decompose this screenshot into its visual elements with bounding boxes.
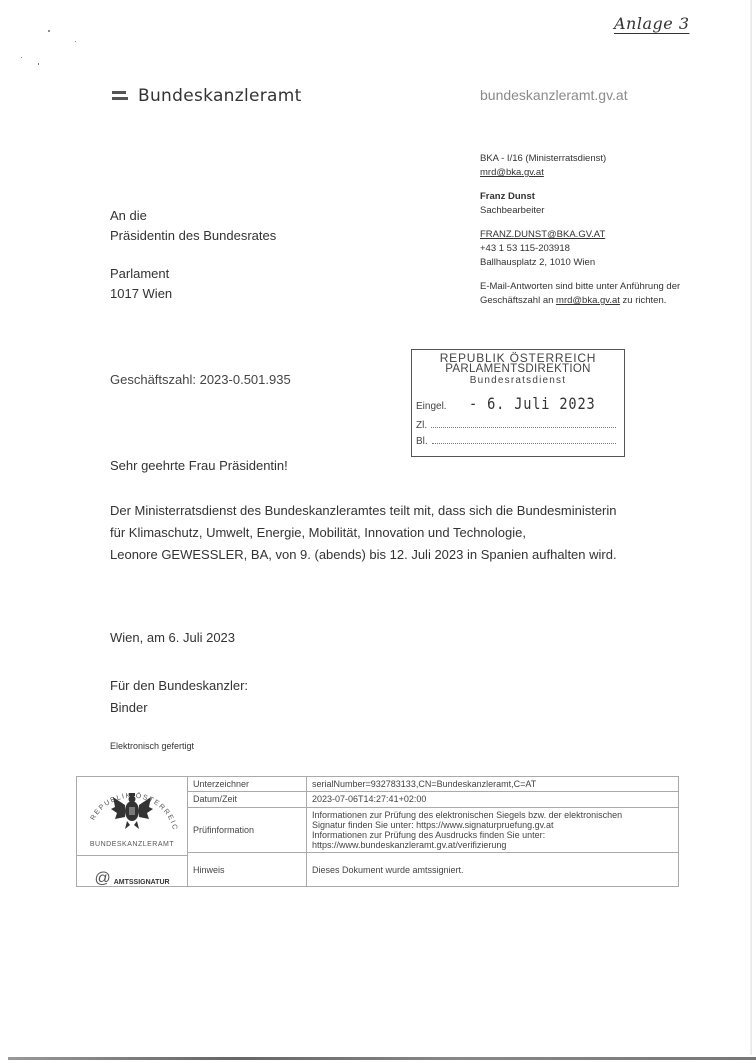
row-label: Unterzeichner <box>188 777 307 792</box>
place-date: Wien, am 6. Juli 2023 <box>110 630 235 645</box>
letter-body: Der Ministerratsdienst des Bundeskanzler… <box>110 500 670 566</box>
row-label: Hinweis <box>188 853 307 887</box>
stamp-department: Bundesratsdienst <box>412 375 624 386</box>
closing: Für den Bundeskanzler: <box>110 675 248 697</box>
stamp-bl-label: Bl. <box>416 436 428 447</box>
org-name: Bundeskanzleramt <box>138 86 302 106</box>
salutation: Sehr geehrte Frau Präsidentin! <box>110 458 288 473</box>
signature-block-text: Für den Bundeskanzler: Binder <box>110 675 248 719</box>
scan-speck <box>75 41 76 42</box>
recipient-line: An die <box>110 206 276 226</box>
row-value: Dieses Dokument wurde amtssigniert. <box>307 853 679 887</box>
row-label: Prüfinformation <box>188 807 307 853</box>
reply-email-link[interactable]: mrd@bka.gv.at <box>556 295 620 306</box>
sender-info: BKA - I/16 (Ministerratsdienst) mrd@bka.… <box>480 152 680 308</box>
scan-edge-bottom <box>8 1057 756 1060</box>
sender-phone: +43 1 53 115-203918 <box>480 242 680 256</box>
scan-speck <box>21 57 22 58</box>
austrian-eagle-icon: REPUBLIK ÖSTERREICH BUNDESKANZLERAMT <box>77 777 187 855</box>
website-url[interactable]: bundeskanzleramt.gv.at <box>480 87 628 103</box>
body-line: Leonore GEWESSLER, BA, von 9. (abends) b… <box>110 544 670 566</box>
verification-line[interactable]: Signatur finden Sie unter: https://www.s… <box>312 820 673 830</box>
seal-cell: REPUBLIK ÖSTERREICH BUNDESKANZLERAMT @ <box>77 777 188 887</box>
row-value: serialNumber=932783133,CN=Bundeskanzlera… <box>307 777 679 792</box>
reply-note-2: Geschäftszahl an mrd@bka.gv.at zu richte… <box>480 294 680 308</box>
row-label: Datum/Zeit <box>188 792 307 807</box>
stamp-received-date: - 6. Juli 2023 <box>469 394 596 413</box>
handwritten-annotation: Anlage 3 <box>614 14 690 33</box>
stamp-zl-label: Zl. <box>416 420 427 431</box>
sender-email-link[interactable]: FRANZ.DUNST@BKA.GV.AT <box>480 229 605 240</box>
scan-speck <box>38 63 39 65</box>
amtssignatur-table: REPUBLIK ÖSTERREICH BUNDESKANZLERAMT @ <box>76 776 679 887</box>
stamp-received-label: Eingel. <box>416 401 447 412</box>
reply-note-prefix: Geschäftszahl an <box>480 295 553 306</box>
department-email-link[interactable]: mrd@bka.gv.at <box>480 167 544 178</box>
reply-note-suffix: zu richten. <box>623 295 667 306</box>
amtssignatur-badge: @ AMTSSIGNATUR <box>77 855 187 886</box>
signer-name: Binder <box>110 697 248 719</box>
bundeskanzleramt-logo-icon <box>112 90 128 102</box>
reply-note: E-Mail-Antworten sind bitte unter Anführ… <box>480 280 680 294</box>
sender-address: Ballhausplatz 2, 1010 Wien <box>480 256 680 270</box>
scan-edge-right <box>750 0 752 1055</box>
sender-department: BKA - I/16 (Ministerratsdienst) <box>480 152 680 166</box>
electronic-note: Elektronisch gefertigt <box>110 741 194 751</box>
recipient-line: Parlament <box>110 264 276 284</box>
seal-org: BUNDESKANZLERAMT <box>77 841 187 848</box>
row-value: Informationen zur Prüfung des elektronis… <box>307 807 679 853</box>
row-value: 2023-07-06T14:27:41+02:00 <box>307 792 679 807</box>
verification-line: Informationen zur Prüfung des elektronis… <box>312 810 673 820</box>
receipt-stamp: REPUBLIK ÖSTERREICH PARLAMENTSDIREKTION … <box>411 349 625 457</box>
reference-number: Geschäftszahl: 2023-0.501.935 <box>110 372 291 387</box>
stamp-bl-field <box>432 435 616 444</box>
recipient-line: Präsidentin des Bundesrates <box>110 226 276 246</box>
verification-line: Informationen zur Prüfung des Ausdrucks … <box>312 830 673 840</box>
stamp-zl-field <box>431 419 616 428</box>
letterhead-logo: Bundeskanzleramt <box>112 86 302 106</box>
stamp-subheader: PARLAMENTSDIREKTION <box>412 364 624 375</box>
sender-name: Franz Dunst <box>480 190 680 204</box>
body-line: Der Ministerratsdienst des Bundeskanzler… <box>110 500 670 522</box>
body-line: für Klimaschutz, Umwelt, Energie, Mobili… <box>110 522 670 544</box>
amtssignatur-label: AMTSSIGNATUR <box>114 879 170 886</box>
scan-speck <box>48 30 50 32</box>
sender-role: Sachbearbeiter <box>480 204 680 218</box>
verification-line[interactable]: https://www.bundeskanzleramt.gv.at/verif… <box>312 840 673 850</box>
recipient-address: An die Präsidentin des Bundesrates Parla… <box>110 206 276 304</box>
at-sign-icon: @ <box>94 872 110 886</box>
table-row: REPUBLIK ÖSTERREICH BUNDESKANZLERAMT @ <box>77 777 679 792</box>
recipient-line: 1017 Wien <box>110 284 276 304</box>
